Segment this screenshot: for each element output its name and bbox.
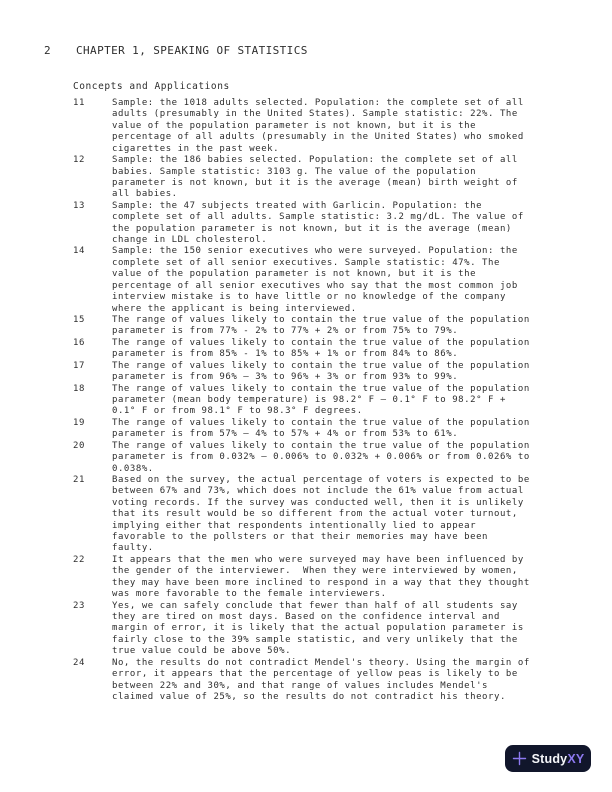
answer-item: 20 The range of values likely to contain…: [73, 441, 568, 475]
answer-item: 18 The range of values likely to contain…: [73, 384, 568, 418]
answer-item: 24 No, the results do not contradict Men…: [73, 658, 568, 704]
answer-item-text: Sample: the 1018 adults selected. Popula…: [112, 98, 568, 155]
answer-item-text: Based on the survey, the actual percenta…: [112, 475, 568, 555]
logo-text-accent: XY: [567, 752, 584, 766]
document-page: 2 CHAPTER 1, SPEAKING OF STATISTICS Conc…: [0, 0, 612, 792]
page-number: 2: [44, 44, 51, 57]
answer-item-text: The range of values likely to contain th…: [112, 338, 568, 361]
answer-item-number: 12: [73, 155, 112, 166]
answer-item-number: 11: [73, 98, 112, 109]
answer-item-number: 13: [73, 201, 112, 212]
answer-item: 19 The range of values likely to contain…: [73, 418, 568, 441]
answer-item-number: 15: [73, 315, 112, 326]
answer-item: 12 Sample: the 186 babies selected. Popu…: [73, 155, 568, 201]
logo-text-primary: Study: [532, 752, 568, 766]
answer-item: 14 Sample: the 150 senior executives who…: [73, 246, 568, 315]
answer-list: 11 Sample: the 1018 adults selected. Pop…: [73, 98, 568, 703]
answer-item-number: 14: [73, 246, 112, 257]
logo-text: StudyXY: [532, 752, 585, 766]
studyxy-badge[interactable]: StudyXY: [505, 745, 591, 772]
answer-item: 13 Sample: the 47 subjects treated with …: [73, 201, 568, 247]
answer-item-number: 16: [73, 338, 112, 349]
answer-item: 21 Based on the survey, the actual perce…: [73, 475, 568, 555]
answer-item-number: 23: [73, 601, 112, 612]
answer-item-text: Sample: the 186 babies selected. Populat…: [112, 155, 568, 201]
answer-item: 16 The range of values likely to contain…: [73, 338, 568, 361]
answer-item-text: The range of values likely to contain th…: [112, 361, 568, 384]
answer-item-number: 20: [73, 441, 112, 452]
answer-item-text: Yes, we can safely conclude that fewer t…: [112, 601, 568, 658]
answer-item: 17 The range of values likely to contain…: [73, 361, 568, 384]
answer-item-number: 19: [73, 418, 112, 429]
plus-icon: [512, 751, 527, 766]
answer-item: 22 It appears that the men who were surv…: [73, 555, 568, 601]
chapter-title: CHAPTER 1, SPEAKING OF STATISTICS: [76, 44, 308, 57]
answer-item: 23 Yes, we can safely conclude that fewe…: [73, 601, 568, 658]
answer-item-text: The range of values likely to contain th…: [112, 418, 568, 441]
answer-item-text: Sample: the 47 subjects treated with Gar…: [112, 201, 568, 247]
answer-item: 15 The range of values likely to contain…: [73, 315, 568, 338]
answer-item-text: The range of values likely to contain th…: [112, 384, 568, 418]
answer-item-number: 21: [73, 475, 112, 486]
answer-item-number: 18: [73, 384, 112, 395]
answer-item-text: It appears that the men who were surveye…: [112, 555, 568, 601]
answer-item-text: The range of values likely to contain th…: [112, 441, 568, 475]
answer-item-number: 17: [73, 361, 112, 372]
answer-item-text: No, the results do not contradict Mendel…: [112, 658, 568, 704]
answer-item-text: The range of values likely to contain th…: [112, 315, 568, 338]
answer-item-number: 22: [73, 555, 112, 566]
answer-item-text: Sample: the 150 senior executives who we…: [112, 246, 568, 315]
section-title: Concepts and Applications: [73, 81, 230, 92]
answer-item: 11 Sample: the 1018 adults selected. Pop…: [73, 98, 568, 155]
answer-item-number: 24: [73, 658, 112, 669]
